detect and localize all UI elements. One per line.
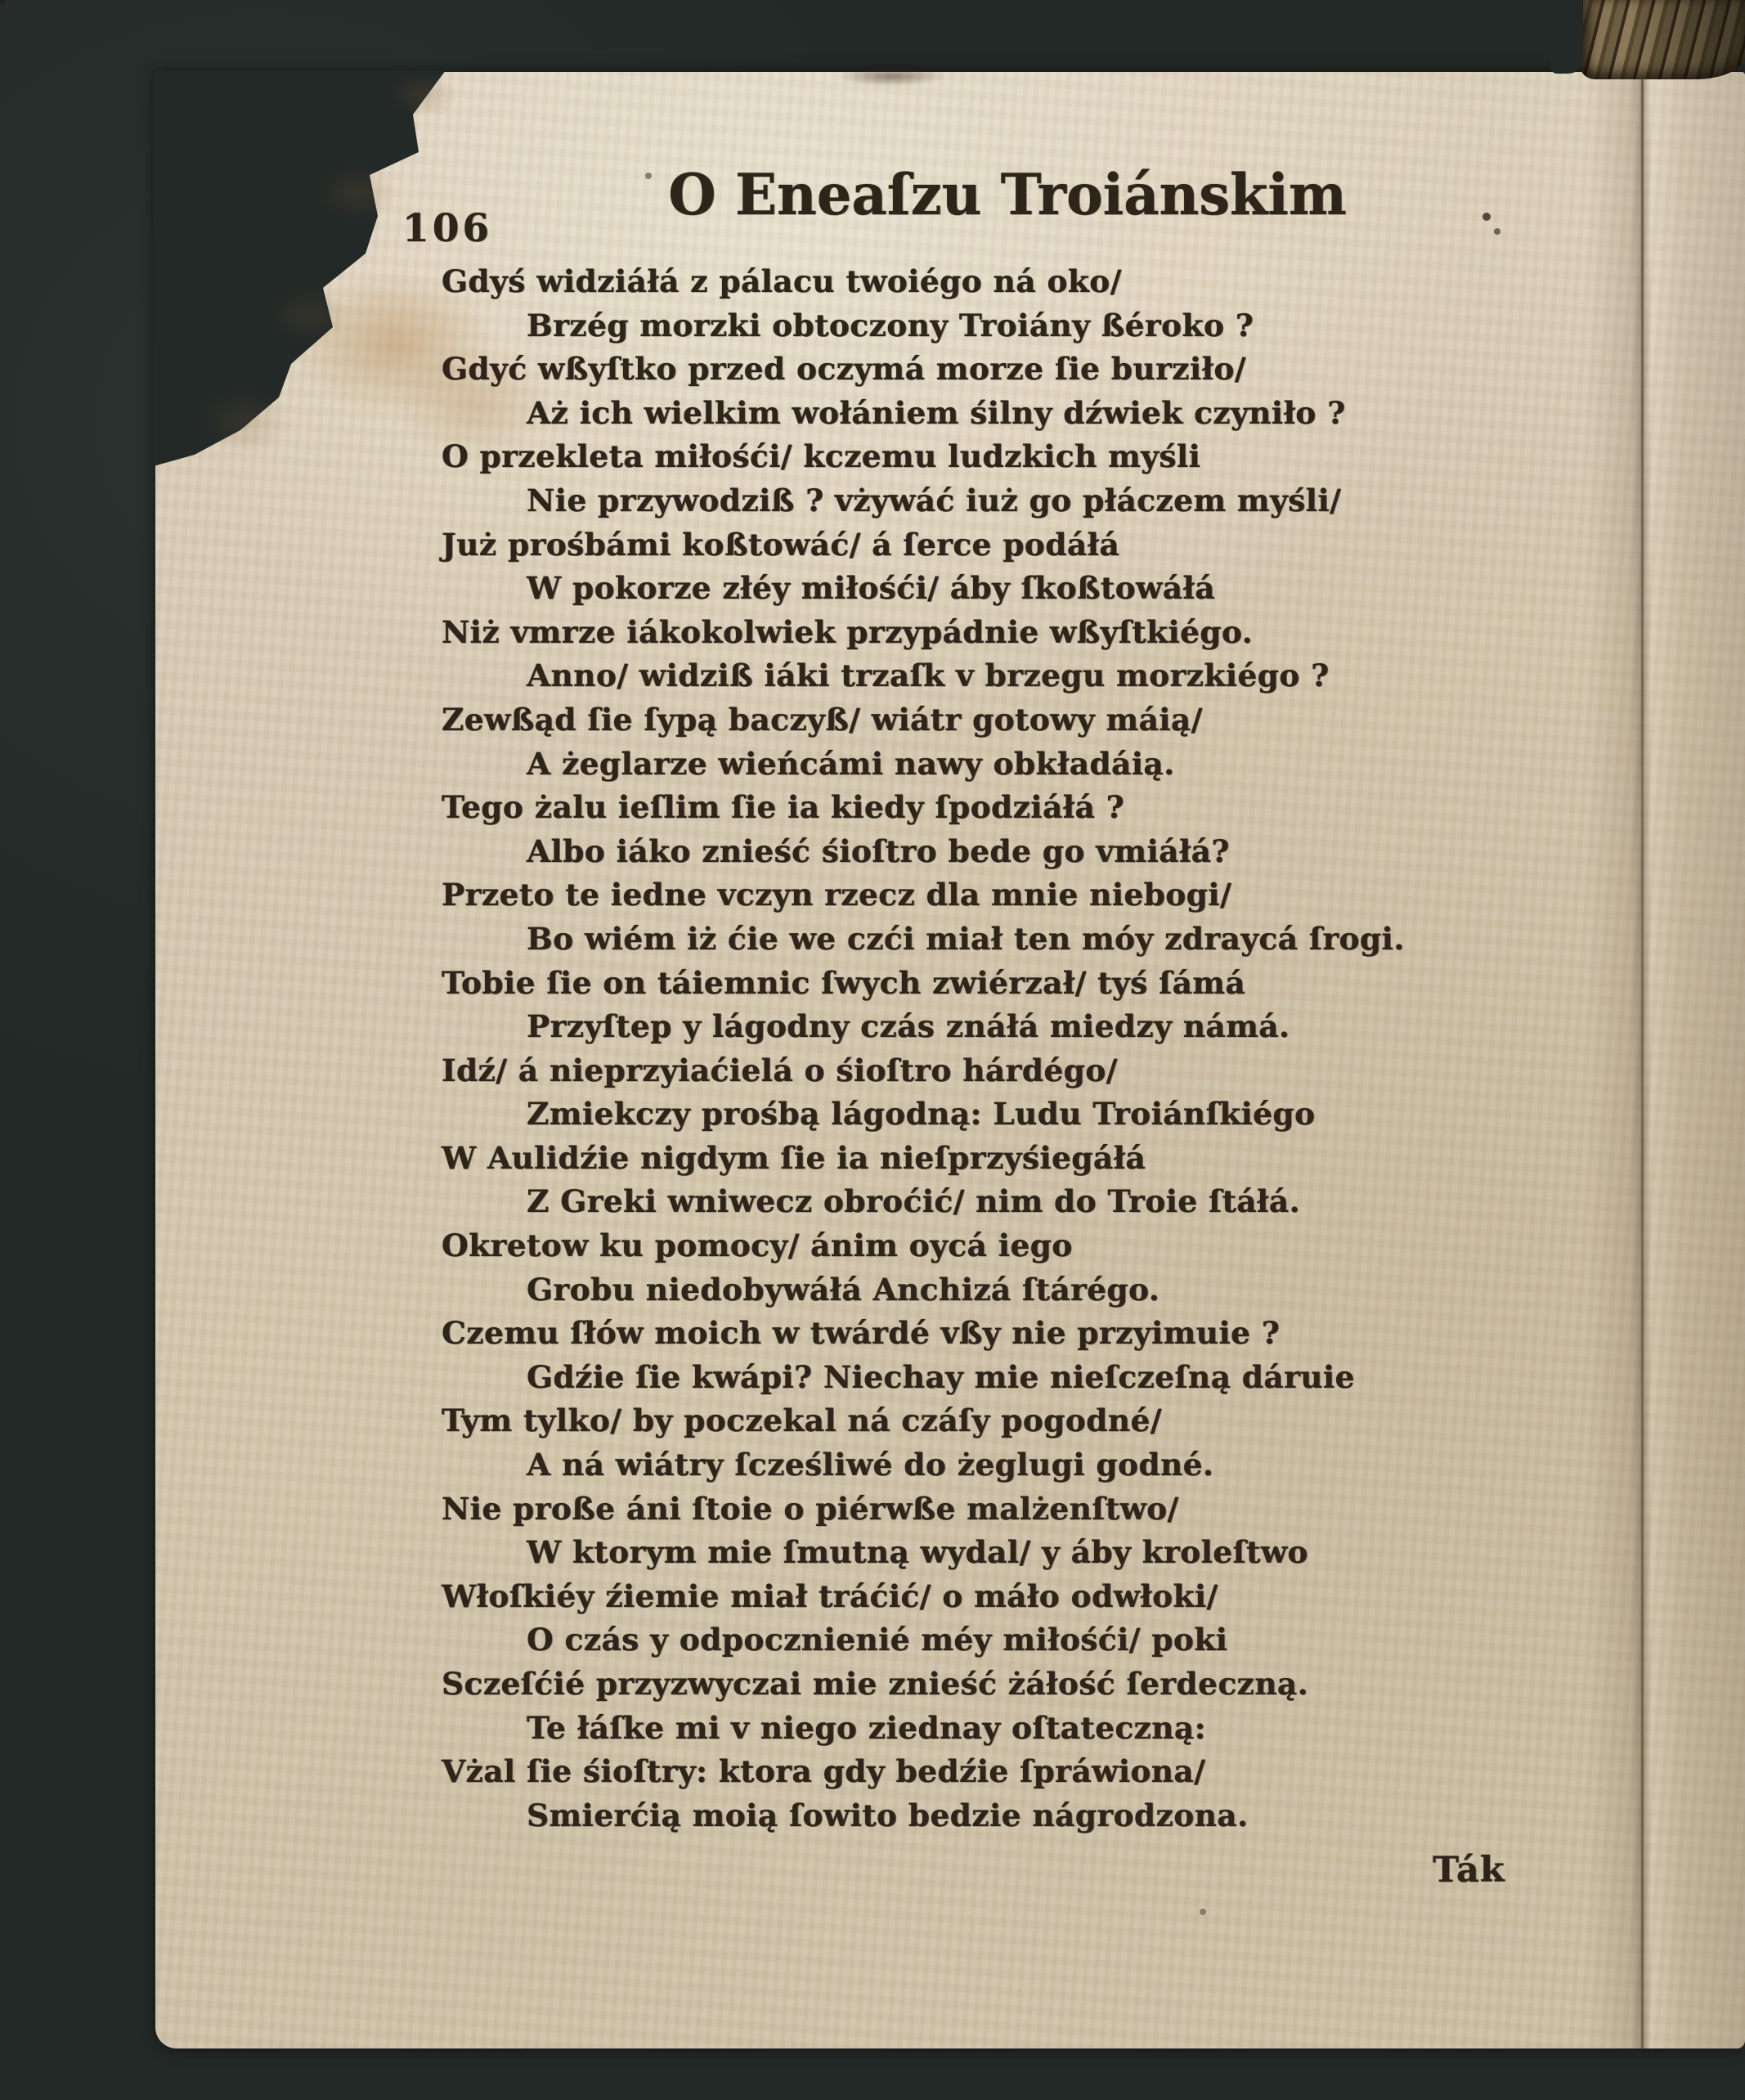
verse-line: Gdyć wßyſtko przed oczymá morze ſie burz… xyxy=(442,348,1406,392)
verse-line: Aż ich wielkim wołániem śilny dźwiek czy… xyxy=(442,392,1406,436)
running-header: O Eneaſzu Troiánskim xyxy=(664,160,1351,227)
page-number: 106 xyxy=(402,206,492,251)
verse-line: Już prośbámi koßtowáć/ á ſerce podáłá xyxy=(442,523,1406,568)
ink-specks xyxy=(0,0,5,5)
verse-line: Tego żalu ieſlim ſie ia kiedy ſpodziáłá … xyxy=(442,786,1406,830)
verse-line: W ktorym mie ſmutną wydal/ y áby kroleſt… xyxy=(442,1531,1406,1575)
verse-line: Gdyś widziáłá z pálacu twoiégo ná oko/ xyxy=(442,260,1406,304)
verse-line: Gdźie ſie kwápi? Niechay mie nieſczeſną … xyxy=(442,1356,1406,1400)
verse-line: Te łáſke mi v niego ziednay oſtateczną: xyxy=(442,1707,1406,1751)
book-gutter-shading xyxy=(1586,72,1745,2048)
spine-notch xyxy=(1550,0,1583,74)
verse-line: Vżal ſie śioſtry: ktora gdy bedźie ſpráw… xyxy=(442,1750,1406,1794)
verse-line: Nie przywodziß ? vżywáć iuż go płáczem m… xyxy=(442,479,1406,523)
verse-line: Zmiekczy prośbą lágodną: Ludu Troiánſkié… xyxy=(442,1093,1406,1137)
verse-line: O przekleta miłośći/ kczemu ludzkich myś… xyxy=(442,435,1406,479)
verse-line: O czás y odpocznienié méy miłośći/ poki xyxy=(442,1618,1406,1662)
verse-line: Tobie ſie on táiemnic ſwych zwiérzał/ ty… xyxy=(442,962,1406,1006)
verse-line: W Aulidźie nigdym ſie ia nieſprzyśiegáłá xyxy=(442,1137,1406,1181)
verse-line: A ná wiátry ſcześliwé do żeglugi godné. xyxy=(442,1443,1406,1487)
verse-line: Tym tylko/ by poczekal ná czáſy pogodné/ xyxy=(442,1399,1406,1443)
verse-line: Anno/ widziß iáki trzaſk v brzegu morzki… xyxy=(442,654,1406,698)
verse-line: Sczeſćié przyzwyczai mie znieść żáłość ſ… xyxy=(442,1662,1406,1707)
catchword: Ták xyxy=(1433,1850,1505,1891)
verse-line: Włoſkiéy źiemie miał tráćić/ o máło odwł… xyxy=(442,1575,1406,1619)
verse-line: Smierćią moią ſowito bedzie nágrodzona. xyxy=(442,1794,1406,1838)
verse-line: Okretow ku pomocy/ ánim oycá iego xyxy=(442,1224,1406,1268)
verse-line: Z Greki wniwecz obroćić/ nim do Troie ſt… xyxy=(442,1180,1406,1224)
verse-line: Brzég morzki obtoczony Troiány ßéroko ? xyxy=(442,304,1406,348)
verse-line: Zewßąd ſie ſypą baczyß/ wiátr gotowy mái… xyxy=(442,698,1406,743)
gutter-crease xyxy=(1641,75,1644,2048)
verse-line: A żeglarze wieńcámi nawy obkładáią. xyxy=(442,743,1406,787)
verse-line: Grobu niedobywáłá Anchizá ſtárégo. xyxy=(442,1268,1406,1312)
verse-line: Idź/ á nieprzyiaćielá o śioſtro hárdégo/ xyxy=(442,1049,1406,1093)
verse-line: Albo iáko znieść śioſtro bede go vmiáłá? xyxy=(442,830,1406,874)
verse-line: Niż vmrze iákokolwiek przypádnie wßyſtki… xyxy=(442,611,1406,655)
verse-line: Bo wiém iż ćie we czći miał ten móy zdra… xyxy=(442,918,1406,962)
verse-line: Przeto te iedne vczyn rzecz dla mnie nie… xyxy=(442,873,1406,918)
verse-line: Przyſtep y lágodny czás znáłá miedzy nám… xyxy=(442,1005,1406,1049)
verse-line: W pokorze złéy miłośći/ áby ſkoßtowáłá xyxy=(442,567,1406,611)
paper-smudge xyxy=(818,65,965,93)
verse-line: Nie proße áni ſtoie o piérwße malżenſtwo… xyxy=(442,1487,1406,1532)
verse-line: Czemu ſłów moich w twárdé vßy nie przyim… xyxy=(442,1312,1406,1356)
verse-lines: Gdyś widziáłá z pálacu twoiégo ná oko/Br… xyxy=(442,260,1406,1837)
scanned-book-photo: 106 O Eneaſzu Troiánskim Gdyś widziáłá z… xyxy=(0,0,1745,2100)
spine-headband xyxy=(1580,0,1745,79)
